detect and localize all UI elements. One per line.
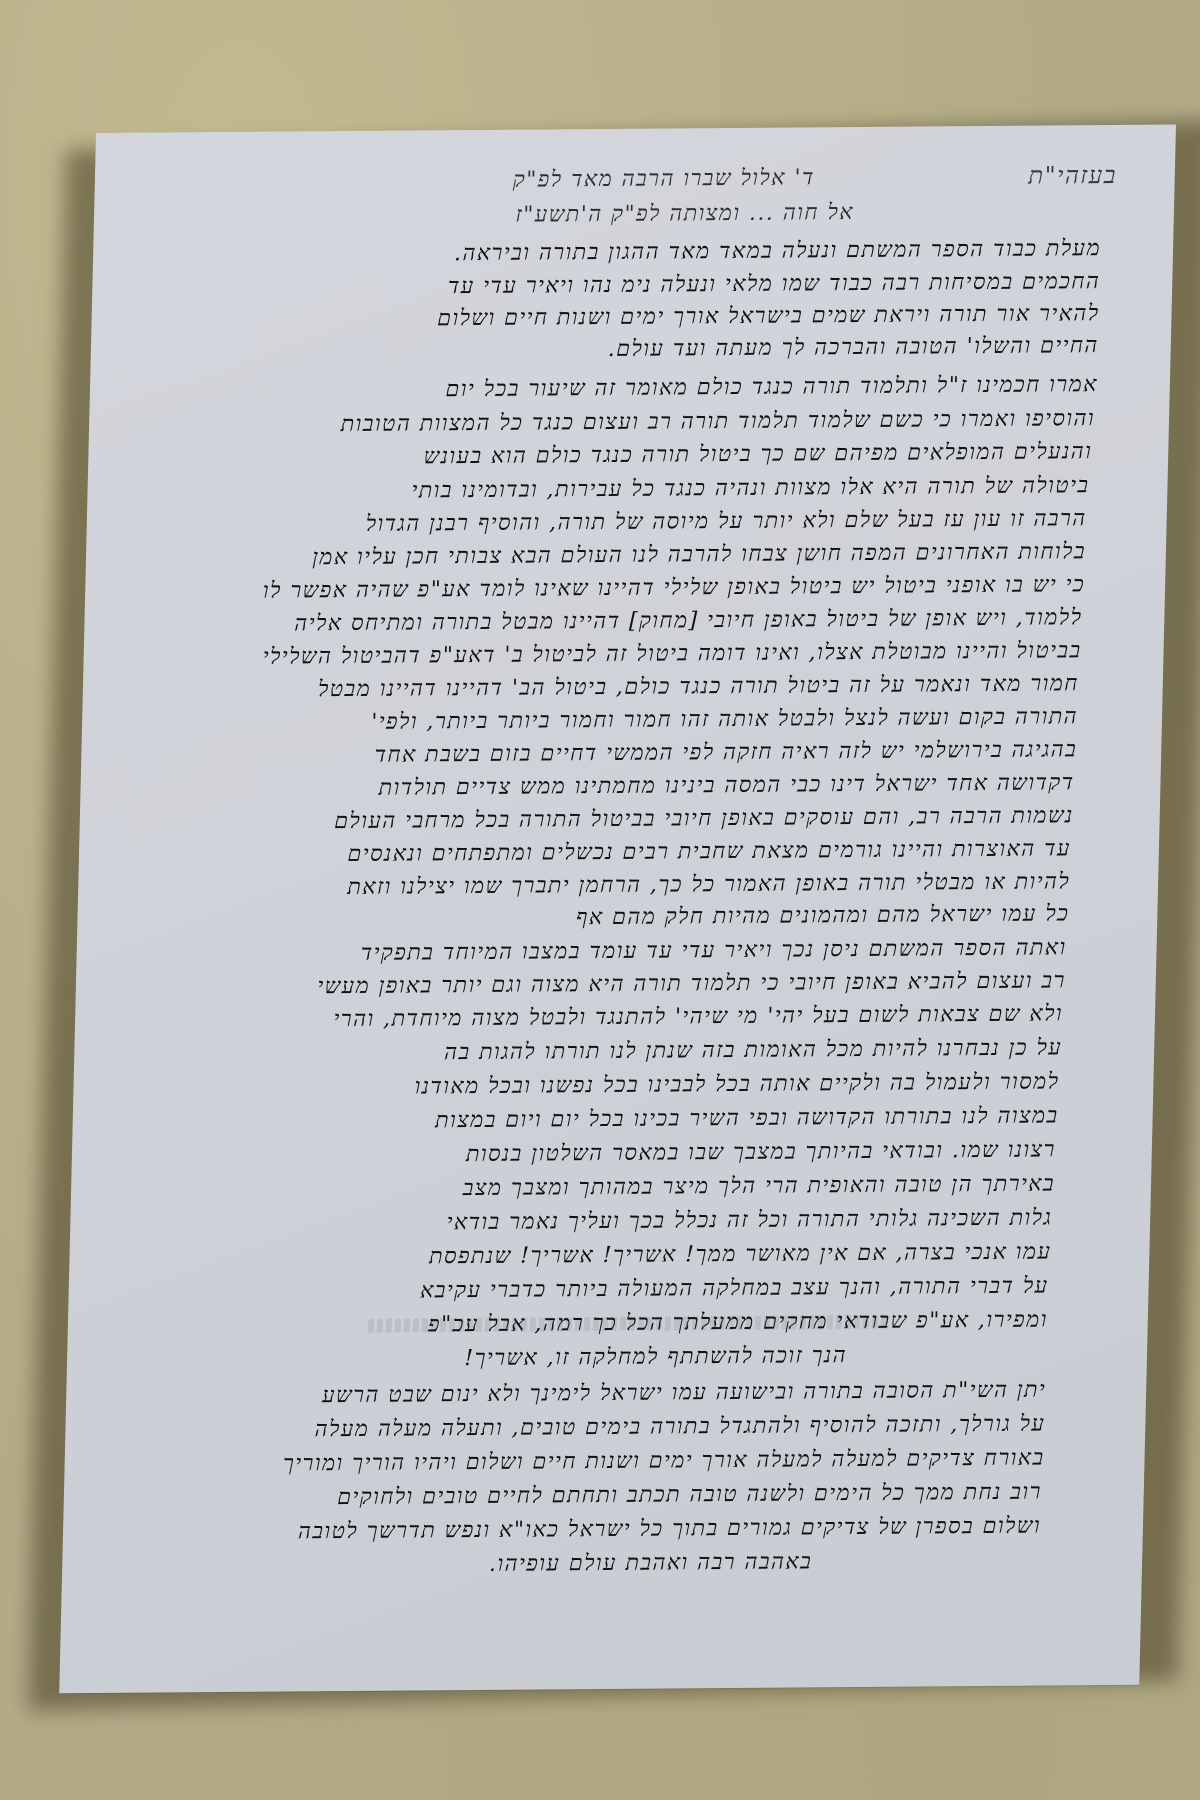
body-line: למסור ולעמול בה ולקיים אותה בכל לבבינו ב… [414,1071,1059,1098]
body-line: גלות השכינה גלותי התורה וכל זה נכלל בכך … [446,1207,1052,1234]
body-line: והוסיפו ואמרו כי כשם שלמוד תלמוד תורה רב… [341,408,1096,436]
body-line: ולא שם צבאות לשום בעל יהי' מי שיהי' להתנ… [333,1003,1063,1031]
body-line: דקדושה אחד ישראל דינו כבי המסה בינינו מח… [378,772,1074,799]
body-line: הרבה זו עון עז בעל שלם ולא יותר על מיוסה… [366,508,1087,536]
body-line: ומפירו, אע"פ שבודאי מחקים ממעלתך הכל כך … [428,1310,1048,1337]
body-line: באורח צדיקים למעלה למעלה אורך ימים ושנות… [283,1448,1045,1476]
body-line: בהגיגה בירושלמי יש לזה ראיה חזקה לפי הממ… [374,739,1077,767]
body-line: על דברי התורה, והנך עצב במחלקה המעולה בי… [420,1276,1049,1303]
body-line-closing: באהבה רבה ואהבת עולם עופיהו. [489,1551,813,1576]
body-line: החכמים במסיחות רבה כבוד שמו מלאי ונעלה נ… [448,271,1101,298]
photograph: בעזהי"ת ד' אלול שברו הרבה מאד לפ"ק אל חו… [0,0,1200,1800]
body-line: על גורלך, ותזכה להוסיף ולהתגדל בתורה בימ… [314,1414,1045,1442]
body-line: ושלום בספרן של צדיקים גמורים בתוך כל ישר… [298,1516,1041,1544]
body-line: ללמוד, ויש אופן של ביטול באופן חיובי [מח… [294,607,1083,635]
body-line: הנך זוכה להשתתף למחלקה זו, אשריך! [464,1345,847,1370]
body-line: מעלת כבוד הספר המשתם ונעלה במאד מאד ההגו… [454,238,1102,265]
body-line: רב ועצום להביא באופן חיובי כי תלמוד תורה… [317,970,1066,998]
body-line: נשמות הרבה רב, והם עוסקים באופן חיובי בב… [334,805,1074,833]
body-line: חמור מאד ונאמר על זה ביטול תורה כנגד כול… [318,673,1079,701]
body-line: והנעלים המופלאים מפיהם שם כך ביטול תורה … [423,441,1092,468]
body-line: במצוה לנו בתורתו הקדושה ובפי השיר בכינו … [435,1105,1059,1132]
date-line-2: אל חוה ... ומצותה לפ"ק ה'תשע"ז [515,202,854,227]
letter-body: מעלת כבוד הספר המשתם ונעלה במאד מאד ההגו… [96,125,1176,133]
body-line: באירתך הן טובה והאופית הרי הלך מיצר במהו… [463,1173,1056,1200]
header-blessing-mark: בעזהי"ת [1028,163,1117,188]
body-line: אמרו חכמינו ז"ל ותלמוד תורה כנגד כולם מא… [445,374,1098,401]
body-line: כל עמו ישראל מהם ומהמונים מהיות חלק מהם … [576,903,1070,929]
body-line: עמו אנכי בצרה, אם אין מאושר ממך! אשריך! … [429,1241,1052,1268]
body-line: ביטולה של תורה היא אלו מצוות ונהיה כנגד … [411,475,1090,502]
body-line: החיים והשלו' הטובה והברכה לך מעתה ועד עו… [608,335,1100,361]
body-line: עד האוצרות והיינו גורמים מצאת שחבית רבים… [347,838,1071,866]
body-line: בביטול והיינו מבוטלת אצלו, ואינו דומה בי… [263,640,1082,668]
body-line: להאיר אור תורה ויראת שמים בישראל אורך ימ… [437,303,1100,330]
body-line: ואתה הספר המשתם ניסן נכך ויאיר עדי עד עו… [361,937,1067,965]
letter-paper: בעזהי"ת ד' אלול שברו הרבה מאד לפ"ק אל חו… [59,125,1176,1694]
body-line: להיות או מבטלי תורה באופן האמור כל כך, ה… [347,871,1070,899]
body-line: רצונו שמו. ובודאי בהיותך במצבך שבו במאסר… [466,1139,1056,1166]
body-line: רוב נחת ממך כל הימים ולשנה טובה תכתב ותח… [337,1482,1042,1510]
body-line: יתן השי"ת הסובה בתורה ובישועה עמו ישראל … [322,1380,1047,1408]
body-line: כי יש בו אופני ביטול יש ביטול באופן שליל… [263,574,1086,602]
body-line: על כן נבחרנו להיות מכל האומות בזה שנתן ל… [444,1037,1063,1064]
body-line: התורה בקום ועשה לנצל ולבטל אותה זהו חמור… [371,706,1078,734]
date-line-1: ד' אלול שברו הרבה מאד לפ"ק [513,167,815,191]
body-line: בלוחות האחרונים המפה חושן צבחו להרבה לנו… [312,541,1086,569]
